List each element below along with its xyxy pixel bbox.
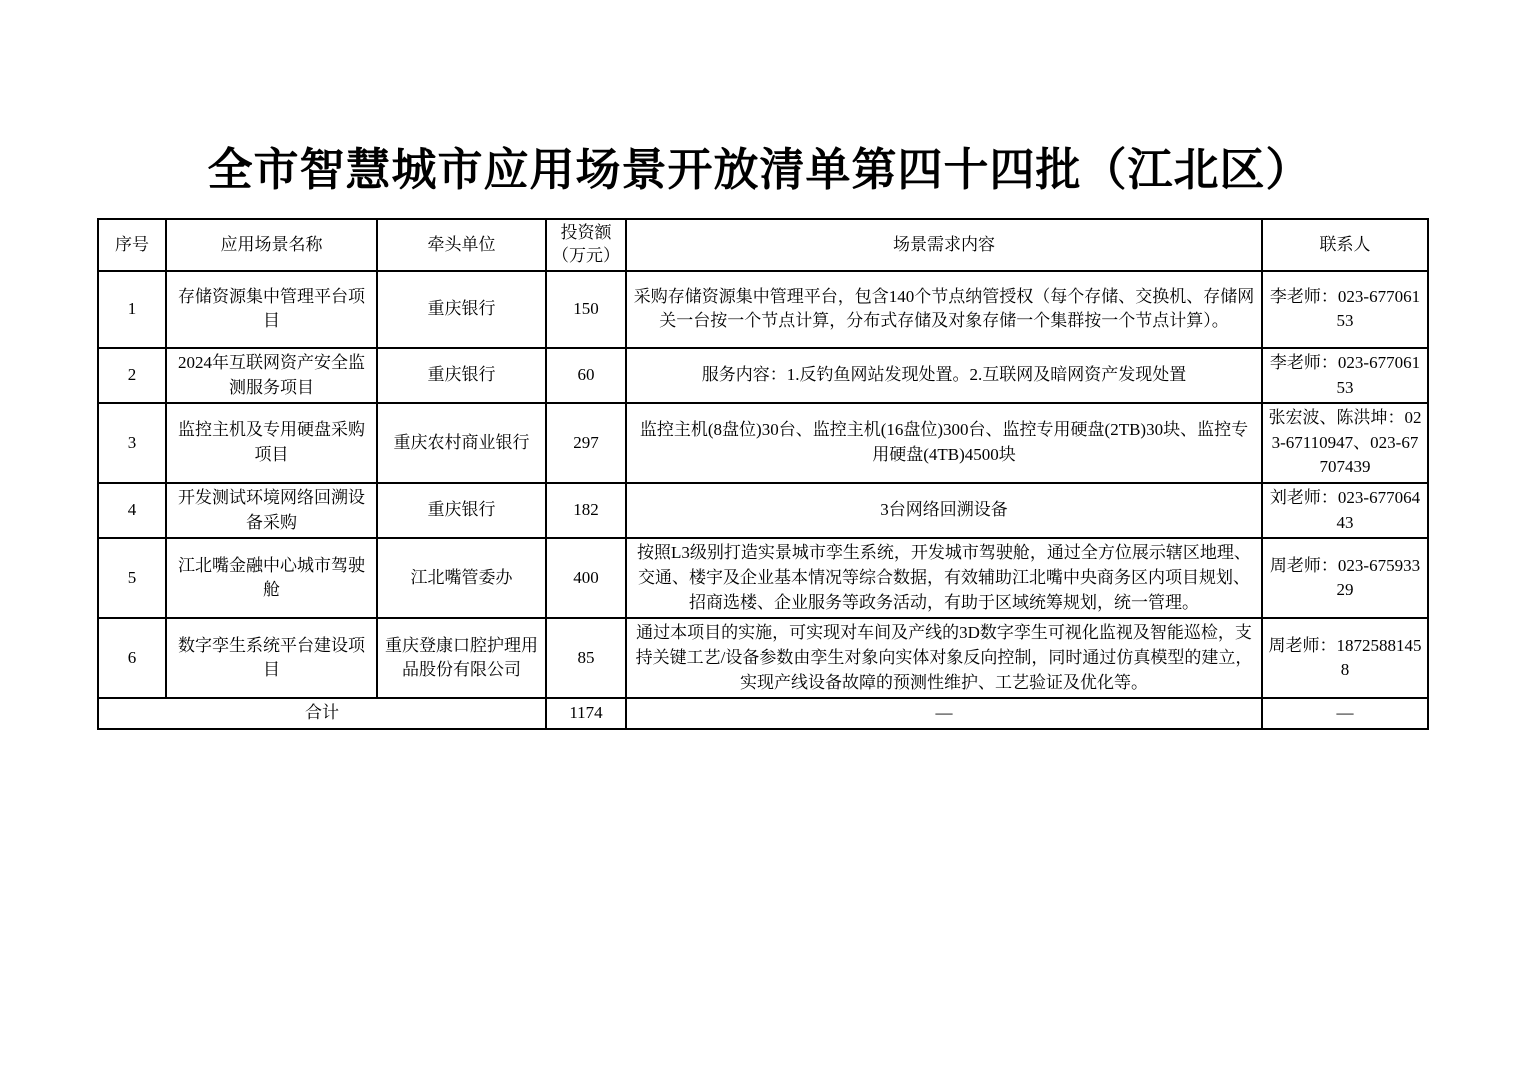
cell-requirement: 按照L3级别打造实景城市孪生系统，开发城市驾驶舱，通过全方位展示辖区地理、交通、…: [626, 538, 1262, 618]
cell-contact: 张宏波、陈洪坤：023-67110947、023-67707439: [1262, 403, 1428, 483]
table-row-5: 5 江北嘴金融中心城市驾驶舱 江北嘴管委办 400 按照L3级别打造实景城市孪生…: [98, 538, 1428, 618]
header-unit: 牵头单位: [377, 219, 546, 271]
header-investment-line1: 投资额: [552, 222, 620, 245]
page-title: 全市智慧城市应用场景开放清单第四十四批（江北区）: [0, 133, 1519, 198]
cell-requirement: 监控主机(8盘位)30台、监控主机(16盘位)300台、监控专用硬盘(2TB)3…: [626, 403, 1262, 483]
cell-index: 1: [98, 271, 166, 348]
cell-name: 监控主机及专用硬盘采购项目: [166, 403, 377, 483]
cell-index: 4: [98, 483, 166, 538]
cell-name: 江北嘴金融中心城市驾驶舱: [166, 538, 377, 618]
header-index: 序号: [98, 219, 166, 271]
cell-requirement: 3台网络回溯设备: [626, 483, 1262, 538]
cell-index: 5: [98, 538, 166, 618]
cell-investment: 60: [546, 348, 626, 403]
header-name: 应用场景名称: [166, 219, 377, 271]
cell-requirement: 采购存储资源集中管理平台，包含140个节点纳管授权（每个存储、交换机、存储网关一…: [626, 271, 1262, 348]
table-row-2: 2 2024年互联网资产安全监测服务项目 重庆银行 60 服务内容：1.反钓鱼网…: [98, 348, 1428, 403]
cell-name: 存储资源集中管理平台项目: [166, 271, 377, 348]
header-investment: 投资额 （万元）: [546, 219, 626, 271]
cell-requirement: 服务内容：1.反钓鱼网站发现处置。2.互联网及暗网资产发现处置: [626, 348, 1262, 403]
table-row-6: 6 数字孪生系统平台建设项目 重庆登康口腔护理用品股份有限公司 85 通过本项目…: [98, 618, 1428, 698]
total-contact-cell: —: [1262, 698, 1428, 729]
cell-contact: 周老师：023-67593329: [1262, 538, 1428, 618]
header-contact: 联系人: [1262, 219, 1428, 271]
cell-investment: 182: [546, 483, 626, 538]
table-row-3: 3 监控主机及专用硬盘采购项目 重庆农村商业银行 297 监控主机(8盘位)30…: [98, 403, 1428, 483]
scenario-table: 序号 应用场景名称 牵头单位 投资额 （万元） 场景需求内容 联系人 1 存储资…: [97, 218, 1429, 730]
cell-unit: 重庆银行: [377, 271, 546, 348]
cell-contact: 刘老师：023-67706443: [1262, 483, 1428, 538]
cell-name: 数字孪生系统平台建设项目: [166, 618, 377, 698]
table-row-1: 1 存储资源集中管理平台项目 重庆银行 150 采购存储资源集中管理平台，包含1…: [98, 271, 1428, 348]
cell-investment: 297: [546, 403, 626, 483]
cell-requirement: 通过本项目的实施，可实现对车间及产线的3D数字孪生可视化监视及智能巡检，支持关键…: [626, 618, 1262, 698]
total-investment-cell: 1174: [546, 698, 626, 729]
cell-investment: 400: [546, 538, 626, 618]
cell-index: 2: [98, 348, 166, 403]
cell-unit: 重庆登康口腔护理用品股份有限公司: [377, 618, 546, 698]
cell-unit: 重庆银行: [377, 348, 546, 403]
table-total-row: 合计 1174 — —: [98, 698, 1428, 729]
cell-unit: 重庆农村商业银行: [377, 403, 546, 483]
table-row-4: 4 开发测试环境网络回溯设备采购 重庆银行 182 3台网络回溯设备 刘老师：0…: [98, 483, 1428, 538]
header-investment-line2: （万元）: [552, 245, 620, 268]
total-label-cell: 合计: [98, 698, 546, 729]
cell-unit: 重庆银行: [377, 483, 546, 538]
cell-name: 开发测试环境网络回溯设备采购: [166, 483, 377, 538]
cell-contact: 李老师：023-67706153: [1262, 271, 1428, 348]
cell-index: 3: [98, 403, 166, 483]
cell-unit: 江北嘴管委办: [377, 538, 546, 618]
cell-investment: 85: [546, 618, 626, 698]
cell-contact: 李老师：023-67706153: [1262, 348, 1428, 403]
cell-name: 2024年互联网资产安全监测服务项目: [166, 348, 377, 403]
cell-index: 6: [98, 618, 166, 698]
header-requirement: 场景需求内容: [626, 219, 1262, 271]
total-requirement-cell: —: [626, 698, 1262, 729]
cell-investment: 150: [546, 271, 626, 348]
table-header-row: 序号 应用场景名称 牵头单位 投资额 （万元） 场景需求内容 联系人: [98, 219, 1428, 271]
cell-contact: 周老师：18725881458: [1262, 618, 1428, 698]
